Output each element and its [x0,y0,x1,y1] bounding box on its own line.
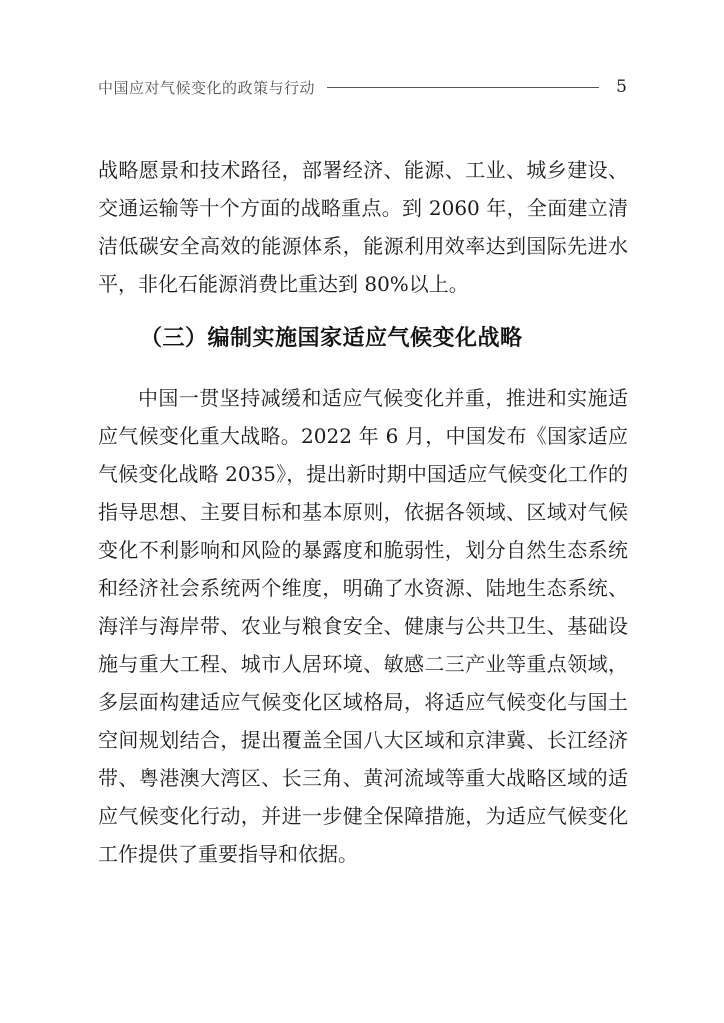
page-header: 中国应对气候变化的政策与行动 5 [98,76,627,98]
page-number: 5 [616,77,627,97]
running-head-title: 中国应对气候变化的政策与行动 [98,77,315,98]
document-page: 中国应对气候变化的政策与行动 5 战略愿景和技术路径，部署经济、能源、工业、城乡… [0,0,724,1023]
paragraph-main: 中国一贯坚持减缓和适应气候变化并重，推进和实施适应气候变化重大战略。2022 年… [98,379,628,873]
paragraph-continuation: 战略愿景和技术路径，部署经济、能源、工业、城乡建设、交通运输等十个方面的战略重点… [98,151,628,303]
section-heading: （三）编制实施国家适应气候变化战略 [98,322,628,356]
page-body: 战略愿景和技术路径，部署经济、能源、工业、城乡建设、交通运输等十个方面的战略重点… [98,151,628,873]
header-rule [327,87,599,88]
